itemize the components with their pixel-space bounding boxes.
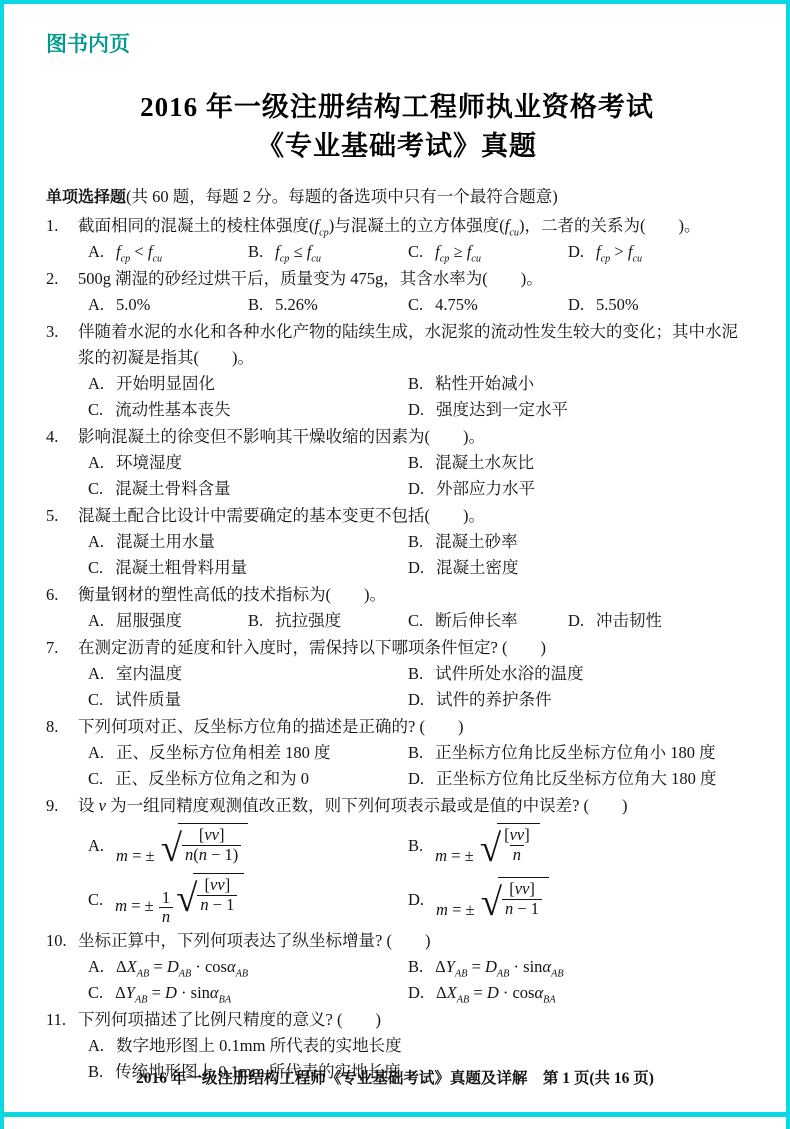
- question-options: A.fcp < fcu B.fcp ≤ fcu C.fcp ≥ fcu D.fc…: [78, 239, 748, 265]
- option-text: 试件质量: [115, 687, 181, 713]
- option-text: 开始明显固化: [116, 371, 215, 397]
- option-label: D.: [408, 687, 424, 713]
- option-b: B.5.26%: [248, 292, 408, 318]
- option-a: A.屈服强度: [88, 608, 248, 634]
- option-label: C.: [88, 980, 103, 1006]
- option-b: B.抗拉强度: [248, 608, 408, 634]
- option-label: A.: [88, 954, 104, 980]
- question-number: 11.: [46, 1007, 78, 1033]
- option-label: A.: [88, 371, 104, 397]
- option-label: B.: [248, 608, 263, 634]
- page-content: 图书内页 2016 年一级注册结构工程师执业资格考试 《专业基础考试》真题 单项…: [0, 0, 790, 1085]
- option-label: A.: [88, 450, 104, 476]
- option-text: 正、反坐标方位角相差 180 度: [116, 740, 331, 766]
- question-stem: 坐标正算中，下列何项表达了纵坐标增量? ( ): [78, 928, 748, 954]
- title-line-2: 《专业基础考试》真题: [46, 127, 748, 166]
- question-stem: 设 v 为一组同精度观测值改正数，则下列何项表示最或是值的中误差? ( ): [78, 793, 748, 819]
- question-stem: 下列何项描述了比例尺精度的意义? ( ): [78, 1007, 748, 1033]
- option-text: 粘性开始减小: [435, 371, 534, 397]
- option-d: D.ΔXAB = D · cosαBA: [408, 980, 748, 1006]
- option-c: C.混凝土骨料含量: [88, 476, 408, 502]
- question-2: 2. 500g 潮湿的砂经过烘干后，质量变为 475g，其含水率为( )。 A.…: [46, 266, 748, 318]
- question-number: 6.: [46, 582, 78, 608]
- option-c: C.混凝土粗骨料用量: [88, 555, 408, 581]
- option-d: D.正坐标方位角比反坐标方位角大 180 度: [408, 766, 748, 792]
- question-1: 1. 截面相同的混凝土的棱柱体强度(fcp)与混凝土的立方体强度(fcu)，二者…: [46, 213, 748, 265]
- option-label: C.: [408, 239, 423, 265]
- option-label: C.: [88, 555, 103, 581]
- option-a: A.环境湿度: [88, 450, 408, 476]
- option-d: D.fcp > fcu: [568, 239, 642, 265]
- option-label: C.: [88, 687, 103, 713]
- option-formula: ΔXAB = DAB · cosαAB: [116, 954, 248, 980]
- option-label: C.: [88, 476, 103, 502]
- corner-label: 图书内页: [46, 28, 748, 58]
- option-d: D.冲击韧性: [568, 608, 662, 634]
- option-text: 混凝土骨料含量: [115, 476, 231, 502]
- option-label: D.: [408, 476, 424, 502]
- option-b: B.混凝土砂率: [408, 529, 728, 555]
- question-stem: 衡量钢材的塑性高低的技术指标为( )。: [78, 582, 748, 608]
- question-options: A.混凝土用水量 B.混凝土砂率 C.混凝土粗骨料用量 D.混凝土密度: [78, 529, 748, 581]
- option-c: C.ΔYAB = D · sinαBA: [88, 980, 408, 1006]
- option-text: 屈服强度: [116, 608, 182, 634]
- option-b: B.ΔYAB = DAB · sinαAB: [408, 954, 728, 980]
- option-label: A.: [88, 740, 104, 766]
- option-c: C.试件质量: [88, 687, 408, 713]
- option-text: 抗拉强度: [275, 608, 341, 634]
- option-a: A.m = ± √[vv]n(n − 1): [88, 819, 408, 873]
- frame-border-left: [0, 0, 4, 1129]
- option-formula: m = ± 1n√[vv]n − 1: [115, 873, 244, 926]
- option-text: 流动性基本丧失: [115, 397, 231, 423]
- option-formula: m = ± √[vv]n: [435, 823, 540, 869]
- question-number: 8.: [46, 714, 78, 740]
- question-number: 3.: [46, 319, 78, 345]
- option-b: B.fcp ≤ fcu: [248, 239, 408, 265]
- option-formula: fcp ≤ fcu: [275, 239, 321, 265]
- option-formula: fcp ≥ fcu: [435, 239, 481, 265]
- question-10: 10. 坐标正算中，下列何项表达了纵坐标增量? ( ) A.ΔXAB = DAB…: [46, 928, 748, 1006]
- option-text: 断后伸长率: [435, 608, 518, 634]
- question-options: A.室内温度 B.试件所处水浴的温度 C.试件质量 D.试件的养护条件: [78, 661, 748, 713]
- option-label: D.: [408, 887, 424, 913]
- question-stem: 在测定沥青的延度和针入度时，需保持以下哪项条件恒定? ( ): [78, 635, 748, 661]
- question-number: 7.: [46, 635, 78, 661]
- option-d: D.m = ± √[vv]n − 1: [408, 873, 748, 927]
- section-header-bold: 单项选择题: [46, 189, 126, 206]
- option-a: A.室内温度: [88, 661, 408, 687]
- option-label: A.: [88, 661, 104, 687]
- option-b: B.m = ± √[vv]n: [408, 819, 728, 873]
- question-stem: 混凝土配合比设计中需要确定的基本变更不包括( )。: [78, 503, 748, 529]
- question-options: A.环境湿度 B.混凝土水灰比 C.混凝土骨料含量 D.外部应力水平: [78, 450, 748, 502]
- question-options: A.屈服强度 B.抗拉强度 C.断后伸长率 D.冲击韧性: [78, 608, 748, 634]
- question-number: 1.: [46, 213, 78, 239]
- option-label: D.: [408, 397, 424, 423]
- question-stem: 伴随着水泥的水化和各种水化产物的陆续生成，水泥浆的流动性发生较大的变化；其中水泥…: [78, 319, 748, 371]
- option-label: A.: [88, 292, 104, 318]
- option-text: 数字地形图上 0.1mm 所代表的实地长度: [116, 1033, 402, 1059]
- option-a: A.5.0%: [88, 292, 248, 318]
- option-label: A.: [88, 239, 104, 265]
- option-b: B.混凝土水灰比: [408, 450, 728, 476]
- option-c: C.m = ± 1n√[vv]n − 1: [88, 873, 408, 927]
- option-d: D.试件的养护条件: [408, 687, 748, 713]
- question-options: A.开始明显固化 B.粘性开始减小 C.流动性基本丧失 D.强度达到一定水平: [78, 371, 748, 423]
- option-label: C.: [408, 292, 423, 318]
- question-8: 8. 下列何项对正、反坐标方位角的描述是正确的? ( ) A.正、反坐标方位角相…: [46, 714, 748, 792]
- option-d: D.混凝土密度: [408, 555, 748, 581]
- option-text: 正、反坐标方位角之和为 0: [115, 766, 309, 792]
- option-label: A.: [88, 833, 104, 859]
- option-label: B.: [248, 292, 263, 318]
- option-c: C.断后伸长率: [408, 608, 568, 634]
- option-label: B.: [408, 450, 423, 476]
- option-d: D.强度达到一定水平: [408, 397, 748, 423]
- option-label: B.: [248, 239, 263, 265]
- option-text: 正坐标方位角比反坐标方位角小 180 度: [435, 740, 716, 766]
- option-formula: fcp > fcu: [596, 239, 642, 265]
- question-number: 4.: [46, 424, 78, 450]
- option-formula: ΔYAB = DAB · sinαAB: [435, 954, 563, 980]
- option-a: A.ΔXAB = DAB · cosαAB: [88, 954, 408, 980]
- option-formula: ΔXAB = D · cosαBA: [436, 980, 556, 1006]
- option-text: 混凝土粗骨料用量: [115, 555, 247, 581]
- option-text: 5.0%: [116, 292, 150, 318]
- option-a: A.开始明显固化: [88, 371, 408, 397]
- option-label: A.: [88, 608, 104, 634]
- option-a: A.混凝土用水量: [88, 529, 408, 555]
- question-stem: 影响混凝土的徐变但不影响其干燥收缩的因素为( )。: [78, 424, 748, 450]
- option-formula: m = ± √[vv]n − 1: [436, 877, 549, 923]
- question-stem: 下列何项对正、反坐标方位角的描述是正确的? ( ): [78, 714, 748, 740]
- option-text: 4.75%: [435, 292, 478, 318]
- option-text: 试件所处水浴的温度: [435, 661, 584, 687]
- option-label: C.: [408, 608, 423, 634]
- option-text: 混凝土密度: [436, 555, 519, 581]
- option-label: D.: [408, 766, 424, 792]
- option-label: B.: [408, 954, 423, 980]
- question-number: 2.: [46, 266, 78, 292]
- question-9: 9. 设 v 为一组同精度观测值改正数，则下列何项表示最或是值的中误差? ( )…: [46, 793, 748, 927]
- option-c: C.4.75%: [408, 292, 568, 318]
- option-label: A.: [88, 529, 104, 555]
- option-text: 外部应力水平: [436, 476, 535, 502]
- option-b: B.正坐标方位角比反坐标方位角小 180 度: [408, 740, 728, 766]
- option-label: C.: [88, 397, 103, 423]
- option-label: B.: [408, 529, 423, 555]
- option-label: D.: [408, 555, 424, 581]
- question-options: A.5.0% B.5.26% C.4.75% D.5.50%: [78, 292, 748, 318]
- option-text: 混凝土砂率: [435, 529, 518, 555]
- question-number: 5.: [46, 503, 78, 529]
- option-label: B.: [408, 740, 423, 766]
- question-5: 5. 混凝土配合比设计中需要确定的基本变更不包括( )。 A.混凝土用水量 B.…: [46, 503, 748, 581]
- option-text: 正坐标方位角比反坐标方位角大 180 度: [436, 766, 717, 792]
- option-text: 室内温度: [116, 661, 182, 687]
- option-text: 5.26%: [275, 292, 318, 318]
- option-label: B.: [408, 833, 423, 859]
- option-label: B.: [408, 371, 423, 397]
- option-text: 混凝土水灰比: [435, 450, 534, 476]
- option-label: C.: [88, 887, 103, 913]
- title-line-1: 2016 年一级注册结构工程师执业资格考试: [46, 88, 748, 127]
- question-options: A.ΔXAB = DAB · cosαAB B.ΔYAB = DAB · sin…: [78, 954, 748, 1006]
- page-footer: 2016 年一级注册结构工程师《专业基础考试》真题及详解 第 1 页(共 16 …: [0, 1066, 790, 1088]
- option-label: C.: [88, 766, 103, 792]
- option-formula: ΔYAB = D · sinαBA: [115, 980, 231, 1006]
- frame-border-right: [786, 0, 790, 1129]
- option-text: 混凝土用水量: [116, 529, 215, 555]
- option-c: C.fcp ≥ fcu: [408, 239, 568, 265]
- option-text: 环境湿度: [116, 450, 182, 476]
- frame-border-top: [0, 0, 790, 4]
- option-d: D.外部应力水平: [408, 476, 748, 502]
- question-number: 10.: [46, 928, 78, 954]
- frame-border-bottom: [0, 1112, 790, 1117]
- section-header-rest: (共 60 题，每题 2 分。每题的备选项中只有一个最符合题意): [126, 187, 558, 206]
- option-d: D.5.50%: [568, 292, 639, 318]
- option-label: A.: [88, 1033, 104, 1059]
- question-6: 6. 衡量钢材的塑性高低的技术指标为( )。 A.屈服强度 B.抗拉强度 C.断…: [46, 582, 748, 634]
- option-c: C.正、反坐标方位角之和为 0: [88, 766, 408, 792]
- option-a: A.正、反坐标方位角相差 180 度: [88, 740, 408, 766]
- option-label: D.: [568, 608, 584, 634]
- option-label: D.: [408, 980, 424, 1006]
- question-3: 3. 伴随着水泥的水化和各种水化产物的陆续生成，水泥浆的流动性发生较大的变化；其…: [46, 319, 748, 423]
- option-a: A.数字地形图上 0.1mm 所代表的实地长度: [88, 1033, 748, 1059]
- option-label: D.: [568, 292, 584, 318]
- section-header: 单项选择题(共 60 题，每题 2 分。每题的备选项中只有一个最符合题意): [46, 184, 748, 211]
- option-b: B.粘性开始减小: [408, 371, 728, 397]
- document-title: 2016 年一级注册结构工程师执业资格考试 《专业基础考试》真题: [46, 88, 748, 166]
- option-formula: m = ± √[vv]n(n − 1): [116, 823, 248, 869]
- question-number: 9.: [46, 793, 78, 819]
- option-text: 5.50%: [596, 292, 639, 318]
- option-formula: fcp < fcu: [116, 239, 162, 265]
- question-stem: 500g 潮湿的砂经过烘干后，质量变为 475g，其含水率为( )。: [78, 266, 748, 292]
- option-label: D.: [568, 239, 584, 265]
- question-4: 4. 影响混凝土的徐变但不影响其干燥收缩的因素为( )。 A.环境湿度 B.混凝…: [46, 424, 748, 502]
- question-7: 7. 在测定沥青的延度和针入度时，需保持以下哪项条件恒定? ( ) A.室内温度…: [46, 635, 748, 713]
- option-a: A.fcp < fcu: [88, 239, 248, 265]
- option-text: 冲击韧性: [596, 608, 662, 634]
- option-c: C.流动性基本丧失: [88, 397, 408, 423]
- question-options: A.正、反坐标方位角相差 180 度 B.正坐标方位角比反坐标方位角小 180 …: [78, 740, 748, 792]
- option-text: 试件的养护条件: [436, 687, 552, 713]
- option-label: B.: [408, 661, 423, 687]
- option-text: 强度达到一定水平: [436, 397, 568, 423]
- question-options: A.m = ± √[vv]n(n − 1) B.m = ± √[vv]n C.m…: [78, 819, 748, 927]
- question-stem: 截面相同的混凝土的棱柱体强度(fcp)与混凝土的立方体强度(fcu)，二者的关系…: [78, 213, 748, 239]
- option-b: B.试件所处水浴的温度: [408, 661, 728, 687]
